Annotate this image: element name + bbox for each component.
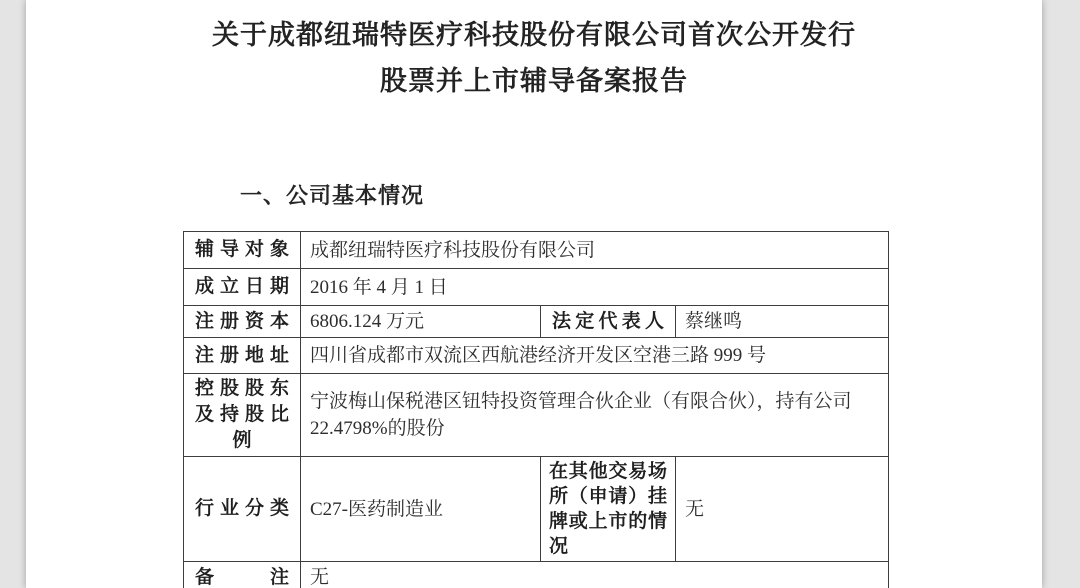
row-value-industry-classification: C27-医药制造业: [301, 457, 541, 562]
row-value-registered-address: 四川省成都市双流区西航港经济开发区空港三路 999 号: [301, 338, 889, 374]
document-page: 关于成都纽瑞特医疗科技股份有限公司首次公开发行 股票并上市辅导备案报告 一、公司…: [26, 0, 1042, 588]
row-value-registered-capital: 6806.124 万元: [301, 306, 541, 338]
row-label-establish-date: 成立日期: [184, 269, 301, 306]
document-title-line2: 股票并上市辅导备案报告: [26, 58, 1042, 104]
table-row-registered-address: 注册地址 四川省成都市双流区西航港经济开发区空港三路 999 号: [184, 338, 889, 374]
section-heading: 一、公司基本情况: [240, 179, 1042, 210]
table-row-remarks: 备注 无: [184, 562, 889, 588]
row-label-coaching-target: 辅导对象: [184, 232, 301, 269]
table-row-industry-classification: 行业分类 C27-医药制造业 在其他交易场所（申请）挂牌或上市的情况 无: [184, 457, 889, 562]
row-label-industry-classification: 行业分类: [184, 457, 301, 562]
company-info-table: 辅导对象 成都纽瑞特医疗科技股份有限公司 成立日期 2016 年 4 月 1 日…: [183, 231, 889, 588]
row-label-registered-capital: 注册资本: [184, 306, 301, 338]
document-title: 关于成都纽瑞特医疗科技股份有限公司首次公开发行 股票并上市辅导备案报告: [26, 12, 1042, 104]
table-row-controlling-shareholder: 控股股东及持股比例 宁波梅山保税港区钮特投资管理合伙企业（有限合伙），持有公司2…: [184, 374, 889, 457]
row-value-remarks: 无: [301, 562, 889, 588]
table-row-coaching-target: 辅导对象 成都纽瑞特医疗科技股份有限公司: [184, 232, 889, 269]
row-label-registered-address: 注册地址: [184, 338, 301, 374]
row-value-other-listing-status: 无: [676, 457, 889, 562]
row-value-legal-representative: 蔡继鸣: [676, 306, 889, 338]
table-row-establish-date: 成立日期 2016 年 4 月 1 日: [184, 269, 889, 306]
row-value-controlling-shareholder: 宁波梅山保税港区钮特投资管理合伙企业（有限合伙），持有公司22.4798%的股份: [301, 374, 889, 457]
viewer-background: 关于成都纽瑞特医疗科技股份有限公司首次公开发行 股票并上市辅导备案报告 一、公司…: [0, 0, 1080, 588]
row-label-remarks: 备注: [184, 562, 301, 588]
row-label-other-listing-status: 在其他交易场所（申请）挂牌或上市的情况: [541, 457, 676, 562]
row-label-controlling-shareholder: 控股股东及持股比例: [184, 374, 301, 457]
row-value-establish-date: 2016 年 4 月 1 日: [301, 269, 889, 306]
table-row-registered-capital: 注册资本 6806.124 万元 法定代表人 蔡继鸣: [184, 306, 889, 338]
row-label-legal-representative: 法定代表人: [541, 306, 676, 338]
document-title-line1: 关于成都纽瑞特医疗科技股份有限公司首次公开发行: [26, 12, 1042, 58]
row-value-coaching-target: 成都纽瑞特医疗科技股份有限公司: [301, 232, 889, 269]
